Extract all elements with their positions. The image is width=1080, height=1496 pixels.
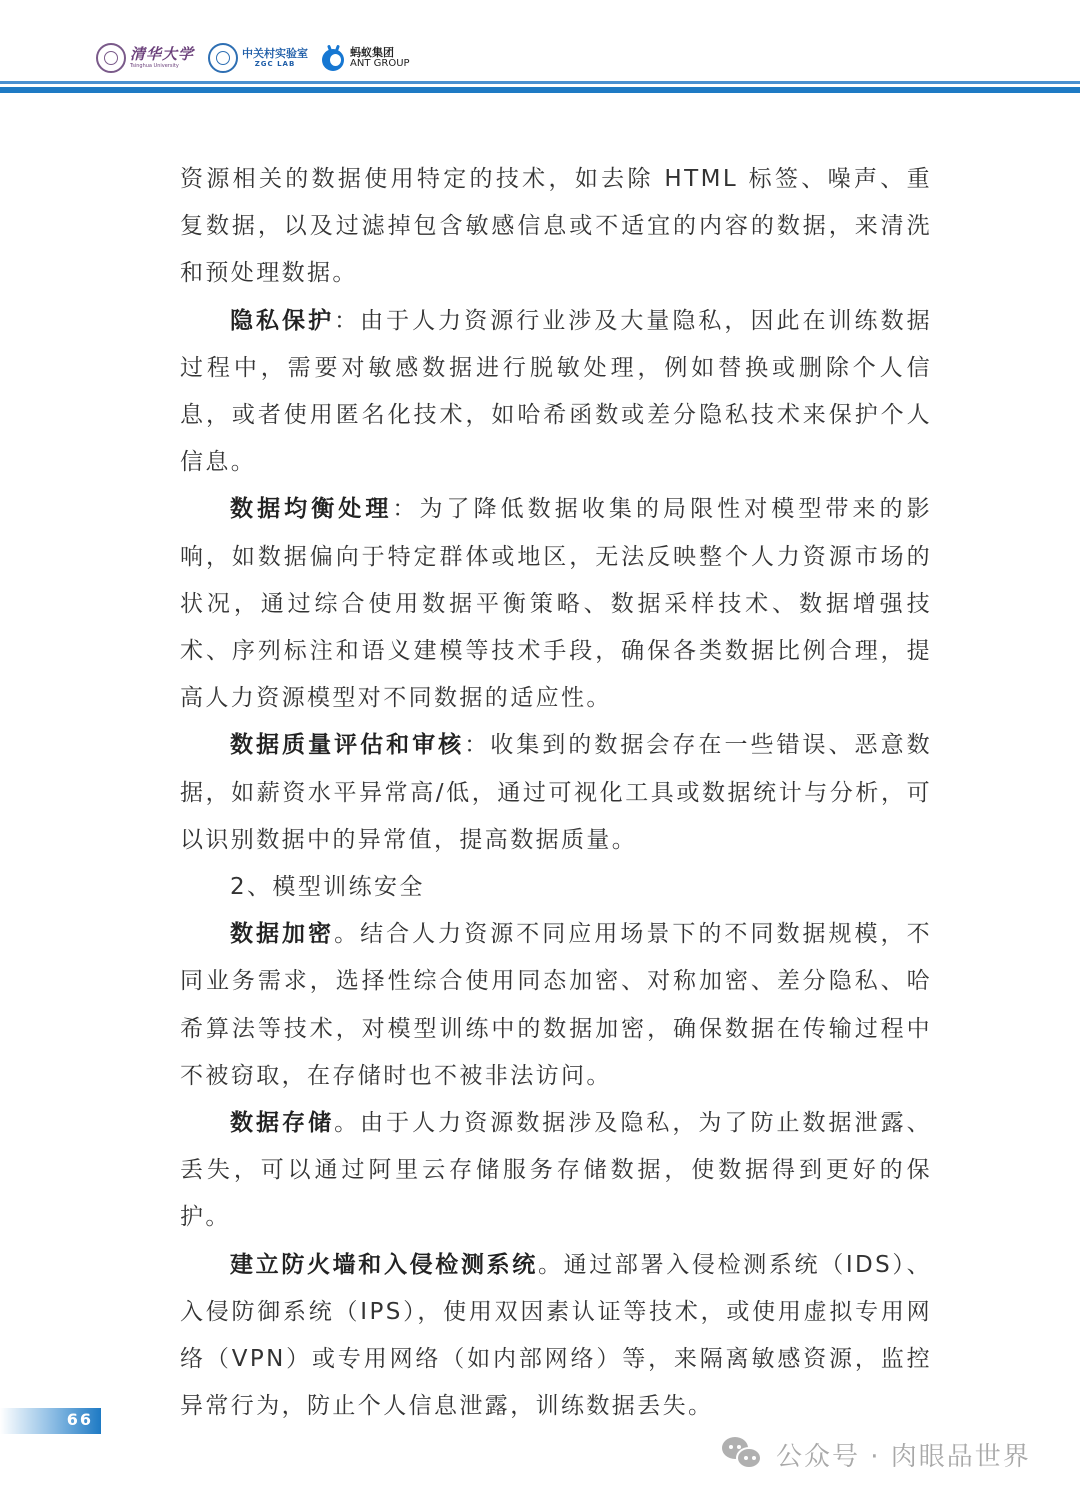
paragraph-heading: 数据质量评估和审核 — [230, 732, 464, 758]
wechat-icon — [722, 1437, 764, 1471]
ant-logo-icon — [322, 45, 346, 71]
logo-strip: 清华大学 Tsinghua University 中关村实验室 ZGC LAB … — [96, 38, 410, 78]
section-heading-text: 2、模型训练安全 — [230, 874, 425, 900]
watermark: 公众号 · 肉眼品世界 — [722, 1436, 1031, 1472]
paragraph: 资源相关的数据使用特定的技术，如去除 HTML 标签、噪声、重复数据，以及过滤掉… — [180, 156, 932, 298]
paragraph-text: 资源相关的数据使用特定的技术，如去除 HTML 标签、噪声、重复数据，以及过滤掉… — [180, 166, 932, 286]
tsinghua-name-cn: 清华大学 — [130, 47, 194, 62]
zgc-name-en: ZGC LAB — [255, 61, 296, 68]
watermark-text: 公众号 · 肉眼品世界 — [776, 1436, 1031, 1473]
paragraph: 数据均衡处理：为了降低数据收集的局限性对模型带来的影响，如数据偏向于特定群体或地… — [180, 486, 932, 722]
paragraph-text: ：为了降低数据收集的局限性对模型带来的影响，如数据偏向于特定群体或地区，无法反映… — [180, 496, 932, 711]
header-rule-thick — [0, 87, 1080, 93]
paragraph: 建立防火墙和入侵检测系统。通过部署入侵检测系统（IDS）、入侵防御系统（IPS）… — [180, 1242, 932, 1431]
paragraph-heading: 数据均衡处理 — [230, 496, 392, 522]
paragraph-heading: 隐私保护 — [230, 308, 334, 334]
tsinghua-logo: 清华大学 Tsinghua University — [96, 43, 194, 73]
ant-group-logo: 蚂蚁集团 ANT GROUP — [322, 45, 410, 71]
ant-name-cn: 蚂蚁集团 — [350, 47, 410, 58]
zgc-seal-icon — [208, 43, 238, 73]
paragraph: 数据存储。由于人力资源数据涉及隐私，为了防止数据泄露、丢失，可以通过阿里云存储服… — [180, 1100, 932, 1242]
tsinghua-name-en: Tsinghua University — [130, 64, 194, 69]
page-number-badge: 66 — [0, 1408, 101, 1434]
paragraph-heading: 建立防火墙和入侵检测系统 — [230, 1252, 538, 1278]
zgc-lab-logo: 中关村实验室 ZGC LAB — [208, 43, 308, 73]
tsinghua-seal-icon — [96, 43, 126, 73]
paragraph: 隐私保护：由于人力资源行业涉及大量隐私，因此在训练数据过程中，需要对敏感数据进行… — [180, 298, 932, 487]
document-body: 资源相关的数据使用特定的技术，如去除 HTML 标签、噪声、重复数据，以及过滤掉… — [180, 156, 932, 1430]
page-number: 66 — [67, 1410, 93, 1429]
header-rule-thin — [0, 81, 1080, 84]
zgc-name-cn: 中关村实验室 — [242, 48, 308, 59]
paragraph-heading: 数据加密 — [230, 921, 334, 947]
paragraph-heading: 数据存储 — [230, 1110, 334, 1136]
paragraph: 数据质量评估和审核：收集到的数据会存在一些错误、恶意数据，如薪资水平异常高/低，… — [180, 722, 932, 864]
ant-name-en: ANT GROUP — [350, 59, 410, 69]
section-heading: 2、模型训练安全 — [180, 864, 932, 911]
page-header: 清华大学 Tsinghua University 中关村实验室 ZGC LAB … — [0, 0, 1080, 100]
paragraph: 数据加密。结合人力资源不同应用场景下的不同数据规模，不同业务需求，选择性综合使用… — [180, 911, 932, 1100]
